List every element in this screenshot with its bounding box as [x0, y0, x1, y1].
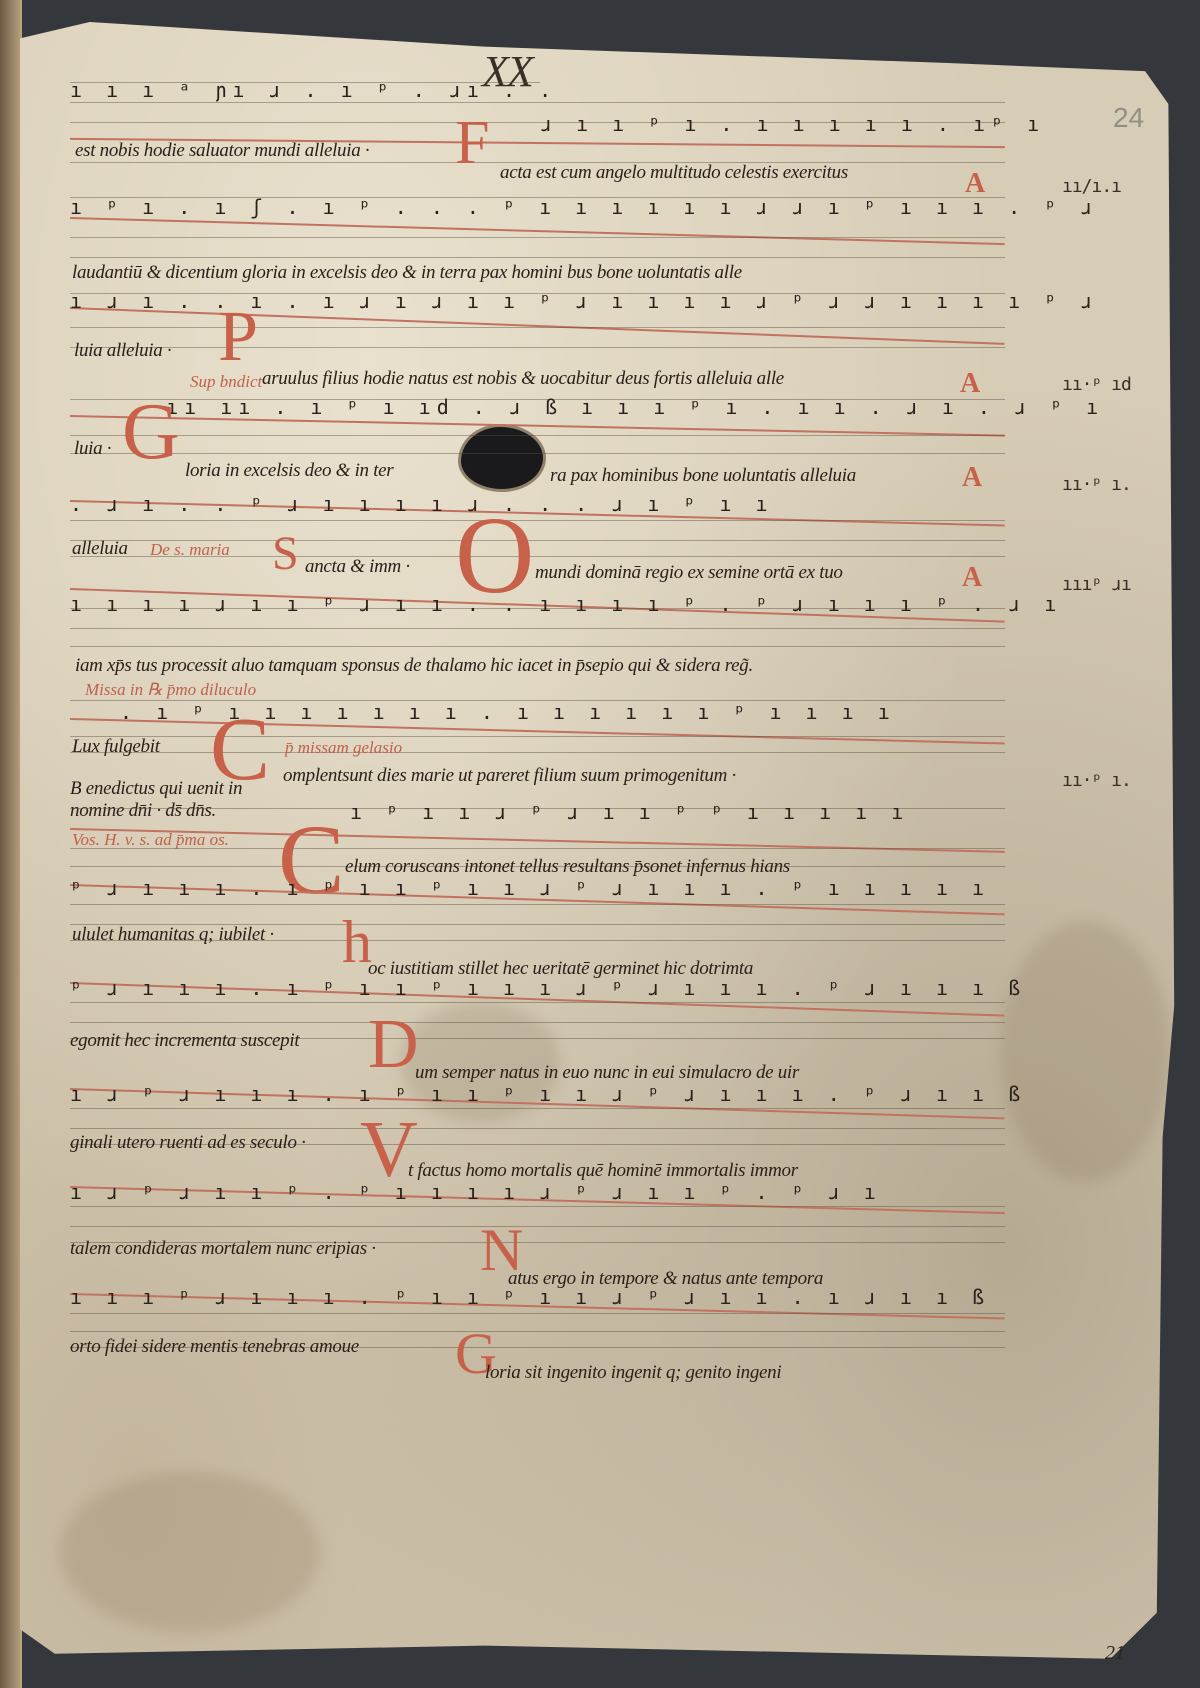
lyric-line: alleluia	[72, 538, 128, 560]
marginal-cue: ıııᵖ ɹı	[1062, 574, 1131, 595]
binding-edge	[0, 0, 22, 1688]
red-initial: D	[368, 1010, 419, 1080]
neumes: . ıı ıı . ı ᵖ ı ıd . ɹ ß ı ı ı ᵖ ı . ı ı…	[130, 395, 1104, 419]
rubric: De s. maria	[150, 540, 230, 560]
lyric-line: luia ·	[74, 438, 111, 460]
red-initial: S	[272, 530, 299, 578]
lyric-line: omplentsunt dies marie ut pareret filium…	[283, 765, 736, 787]
music-system: ı ɹ ı . . ı . ı ɹ ı ɹ ı ı ᵖ ɹ ı ı ı ı ɹ …	[70, 285, 1005, 365]
rubric: Missa in ℞ p̄mo diluculo	[85, 680, 256, 700]
lyric-line: ginali utero ruenti ad es seculo ·	[70, 1132, 306, 1154]
lyric-line: t factus homo mortalis quē hominē immort…	[408, 1160, 798, 1182]
marginal-cue: ıı/ı.ı	[1062, 176, 1121, 197]
rubric: Sup bndict	[190, 372, 262, 392]
music-system: ı ı ı ı ɹ ı ı ᵖ ɹ ı ı . . ı ı ı ı ᵖ . ᵖ …	[70, 580, 1005, 660]
marginal-cue: ıı·ᵖ ıd	[1062, 374, 1131, 395]
lyric-line: talem condideras mortalem nunc eripias ·	[70, 1238, 376, 1260]
red-initial: G	[122, 392, 180, 472]
rubric: p̄ missam gelasio	[285, 738, 402, 758]
red-initial-a: A	[962, 462, 982, 494]
marginal-cue: ıı·ᵖ ı.	[1062, 474, 1131, 495]
lyric-line: ululet humanitas q; iubilet ·	[72, 924, 274, 946]
marginal-cue: ıı·ᵖ ı.	[1062, 770, 1131, 791]
neumes: ı ᵖ ı . ı ʃ . ı ᵖ . . . ᵖ ı ı ı ı ı ı ɹ …	[70, 195, 1098, 219]
lyric-line: iam xp̄s tus processit aluo tamquam spon…	[75, 655, 753, 677]
neumes: . ɹ ı . . ᵖ ɹ ı ı ı ı ɹ . . . ɹ ı ᵖ ı ı	[70, 492, 774, 516]
stain	[60, 1472, 320, 1632]
neumes: ı ı ı ᵃ ɲı ɹ . ı ᵖ . ɹı . .	[70, 78, 557, 102]
red-initial: P	[218, 300, 258, 372]
lyric-line: aruulus filius hodie natus est nobis & u…	[262, 368, 784, 390]
neumes: ı ı ı ı ɹ ı ı ᵖ ɹ ı ı . . ı ı ı ı ᵖ . ᵖ …	[70, 592, 1062, 616]
lyric-line: laudantiū & dicentium gloria in excelsis…	[72, 262, 742, 284]
neumes: ɹ ı ı ᵖ ı . ı ı ı ı ı . ıᵖ ı	[540, 112, 1045, 136]
lyric-line: Lux fulgebit	[72, 736, 160, 758]
neumes: ı ᵖ ı ı ɹ ᵖ ɹ ı ı ᵖ ᵖ ı ı ı ı ı	[350, 800, 909, 824]
bottom-folio-number: 21	[1105, 1642, 1125, 1665]
lyric-line: ra pax hominibus bone uoluntatis allelui…	[550, 465, 856, 487]
lyric-line: loria in excelsis deo & in ter	[185, 460, 393, 482]
neumes: ı ɹ ᵖ ɹ ı ı ı . ı ᵖ ı ı ᵖ ı ı ɹ ᵖ ɹ ı ı …	[70, 1082, 1026, 1106]
lyric-line: loria sit ingenito ingenit q; genito ing…	[485, 1362, 781, 1384]
lyric-line: est nobis hodie saluator mundi alleluia …	[75, 140, 369, 162]
neumes: ı ɹ ᵖ ɹ ı ı ᵖ . ᵖ ı ı ı ı ɹ ᵖ ɹ ı ı ᵖ . …	[70, 1180, 882, 1204]
lyric-line: egomit hec incrementa suscepit	[70, 1030, 299, 1052]
neumes: ı ı ı ᵖ ɹ ı ı ı . ᵖ ı ı ᵖ ı ı ɹ ᵖ ɹ ı ı …	[70, 1285, 990, 1309]
red-initial: F	[455, 112, 489, 174]
lyric-line: luia alleluia ·	[74, 340, 171, 362]
stain	[1000, 922, 1170, 1182]
lyric-line: orto fidei sidere mentis tenebras amoue	[70, 1336, 359, 1358]
neumes: ᵖ ɹ ı ı ı . ı ᵖ ı ı ᵖ ı ı ɹ ᵖ ɹ ı ı ı . …	[70, 876, 990, 900]
lyric-line: acta est cum angelo multitudo celestis e…	[500, 162, 848, 184]
pencil-folio-number: 24	[1113, 102, 1144, 134]
neumes: ᵖ ɹ ı ı ı . ı ᵖ ı ı ᵖ ı ı ı ɹ ᵖ ɹ ı ı ı …	[70, 976, 1026, 1000]
music-system: . ɹ ı . . ᵖ ɹ ı ı ı ı ɹ . . . ɹ ı ᵖ ı ı	[70, 492, 1005, 572]
lyric-line: ancta & imm ·	[305, 556, 410, 578]
